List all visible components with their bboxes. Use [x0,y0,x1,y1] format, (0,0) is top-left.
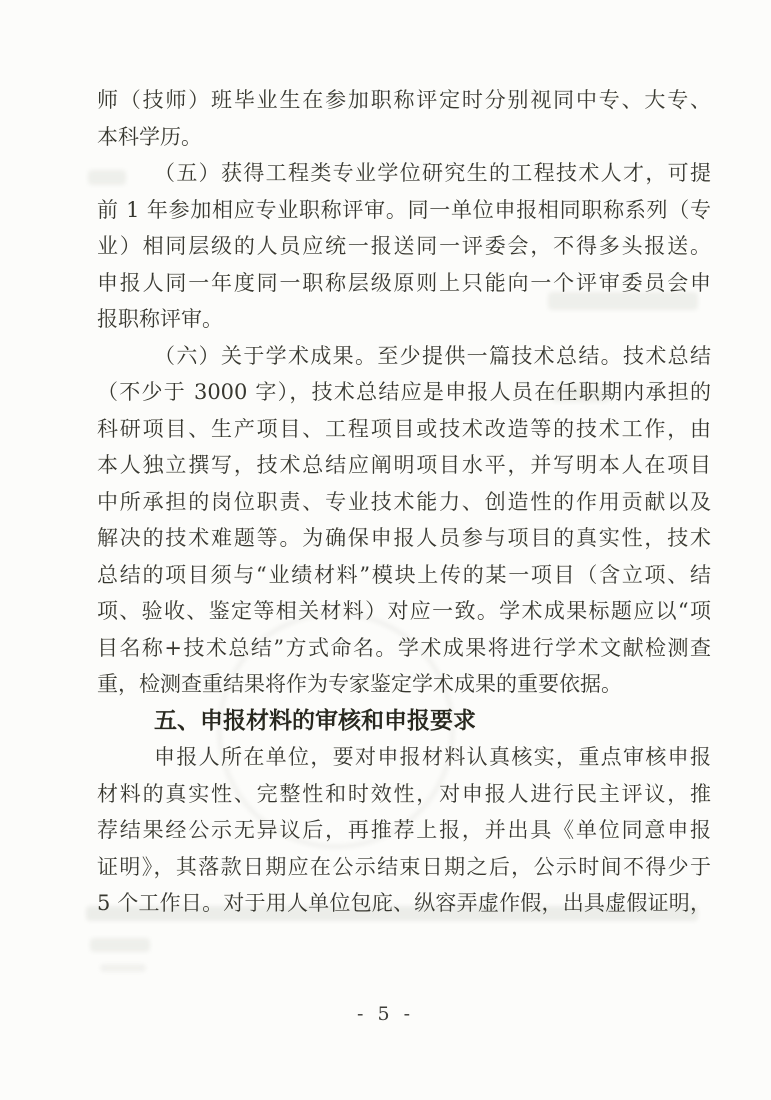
text-line: 报职称评审。 [97,301,711,338]
text-line: 重，检测查重结果将作为专家鉴定学术成果的重要依据。 [97,666,711,703]
text-line: 证明》，其落款日期应在公示结束日期之后，公示时间不得少于 [97,849,711,886]
text-line: 本人独立撰写，技术总结应阐明项目水平，并写明本人在项目 [97,447,711,484]
text-line: 业）相同层级的人员应统一报送同一评委会，不得多头报送。 [97,228,711,265]
section-heading: 五、申报材料的审核和申报要求 [97,703,711,740]
text-line: 师（技师）班毕业生在参加职称评定时分别视同中专、大专、 [97,82,711,119]
text-line: 解决的技术难题等。为确保申报人员参与项目的真实性，技术 [97,520,711,557]
text-line: 目名称+技术总结”方式命名。学术成果将进行学术文献检测查 [97,630,711,667]
document-body: 师（技师）班毕业生在参加职称评定时分别视同中专、大专、 本科学历。 （五）获得工… [97,82,711,922]
text-line: （五）获得工程类专业学位研究生的工程技术人才，可提 [97,155,711,192]
text-line: 前 1 年参加相应专业职称评审。同一单位申报相同职称系列（专 [97,192,711,229]
text-line: 项、验收、鉴定等相关材料）对应一致。学术成果标题应以“项 [97,593,711,630]
text-line: （六）关于学术成果。至少提供一篇技术总结。技术总结 [97,338,711,375]
document-page: 师（技师）班毕业生在参加职称评定时分别视同中专、大专、 本科学历。 （五）获得工… [0,0,771,1100]
ink-bleedthrough-artifact [100,964,146,972]
text-line: 总结的项目须与“业绩材料”模块上传的某一项目（含立项、结 [97,557,711,594]
text-line: 科研项目、生产项目、工程项目或技术改造等的技术工作，由 [97,411,711,448]
text-line: 中所承担的岗位职责、专业技术能力、创造性的作用贡献以及 [97,484,711,521]
text-line: 5 个工作日。对于用人单位包庇、纵容弄虚作假，出具虚假证明， [97,885,711,922]
page-number: - 5 - [0,1003,771,1025]
text-line: 材料的真实性、完整性和时效性，对申报人进行民主评议，推 [97,776,711,813]
text-line: 申报人同一年度同一职称层级原则上只能向一个评审委员会申 [97,265,711,302]
text-line: 荐结果经公示无异议后，再推荐上报，并出具《单位同意申报 [97,812,711,849]
text-line: 本科学历。 [97,119,711,156]
text-line: （不少于 3000 字），技术总结应是申报人员在任职期内承担的 [97,374,711,411]
ink-bleedthrough-artifact [90,938,150,952]
text-line: 申报人所在单位，要对申报材料认真核实，重点审核申报 [97,739,711,776]
